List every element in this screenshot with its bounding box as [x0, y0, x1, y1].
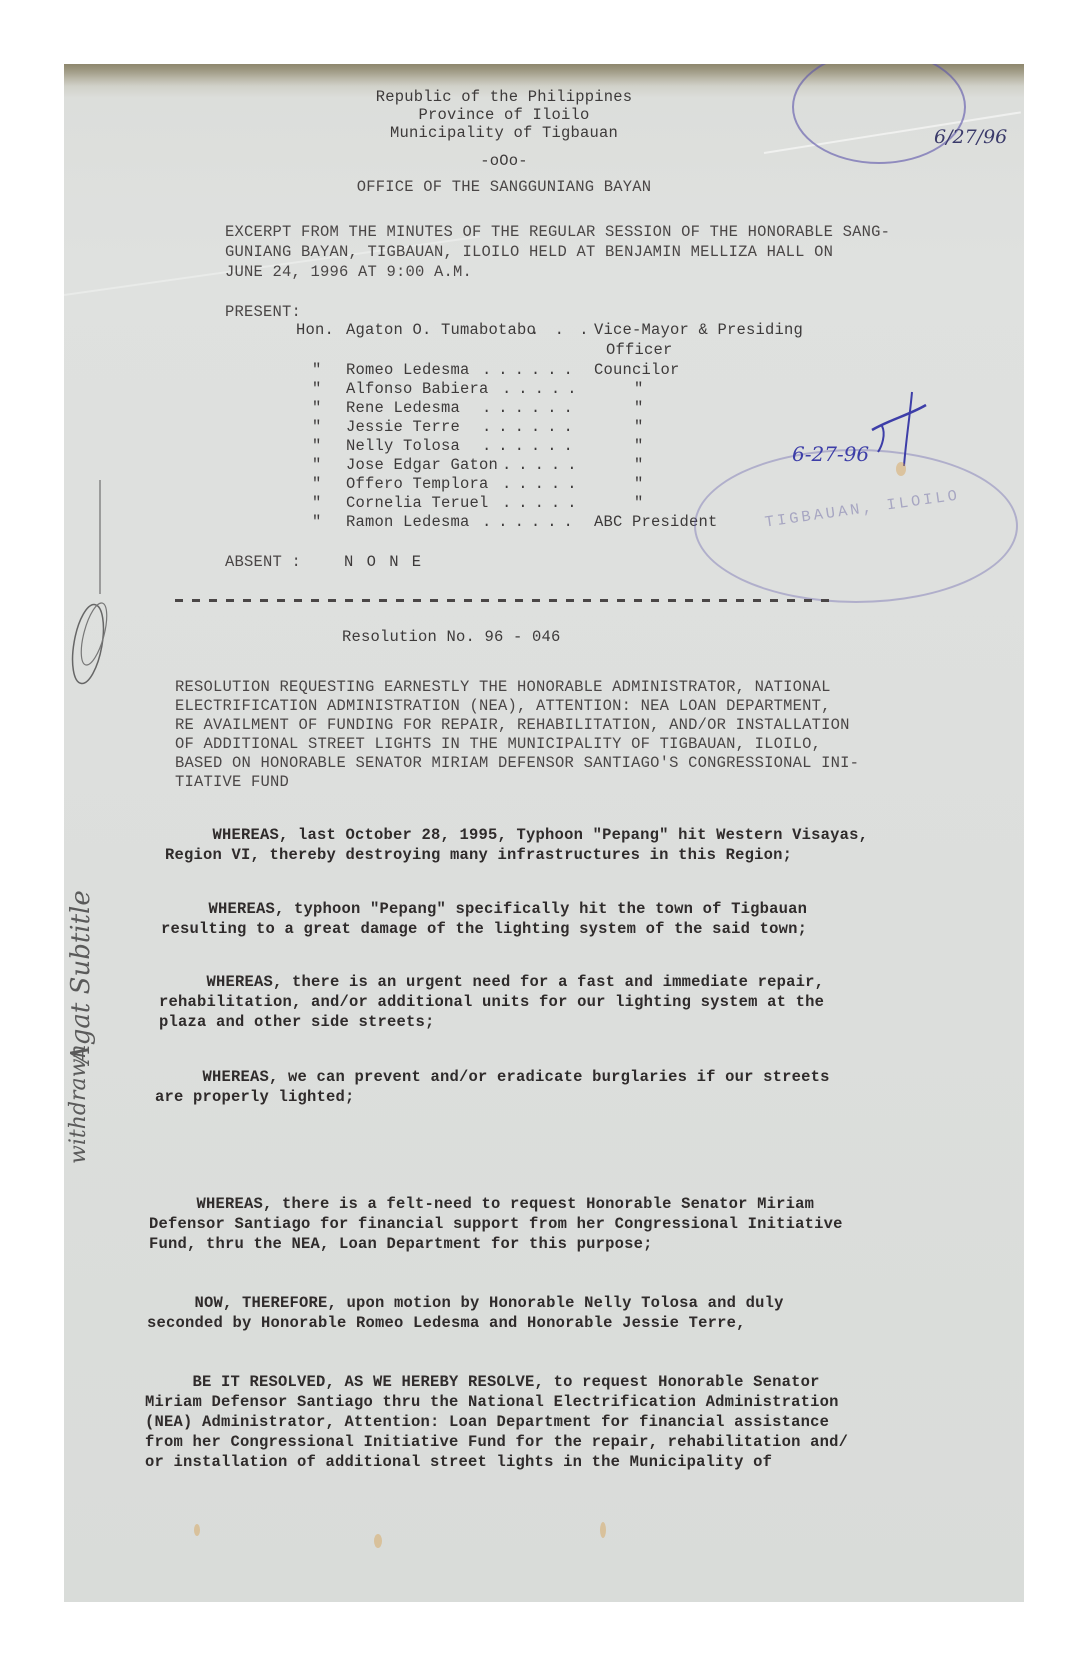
roster-name: Romeo Ledesma [346, 360, 470, 380]
whereas-3-line: rehabilitation, and/or additional units … [159, 992, 824, 1012]
paper-stain [374, 1534, 382, 1548]
roster-prefix: " [312, 493, 322, 513]
roster-dots: ...... [482, 417, 580, 437]
whereas-5-line: Fund, thru the NEA, Loan Department for … [149, 1234, 653, 1254]
roster-role: " [634, 379, 644, 399]
initials-mark [864, 390, 934, 470]
whereas-2-line: WHEREAS, typhoon "Pepang" specifically h… [161, 899, 807, 919]
excerpt-line-2: GUNIANG BAYAN, TIGBAUAN, ILOILO HELD AT … [225, 242, 833, 262]
roster-prefix: " [312, 436, 322, 456]
pencil-margin-note: Agat Subtitle [66, 890, 96, 1064]
roster-prefix: " [312, 379, 322, 399]
roster-prefix: " [312, 398, 322, 418]
roster-prefix: Hon. [296, 320, 334, 340]
whereas-1-line: Region VI, thereby destroying many infra… [165, 845, 792, 865]
whereas-5-line: Defensor Santiago for financial support … [149, 1214, 843, 1234]
roster-role: " [634, 493, 644, 513]
municipal-seal-stamp [694, 449, 1018, 603]
roster-role-cont: Officer [606, 340, 673, 360]
roster-dots: ...... [482, 398, 580, 418]
roster-name: Cornelia Teruel [346, 493, 489, 513]
roster-prefix: " [312, 474, 322, 494]
absent-value: N O N E [344, 552, 423, 572]
roster-name: Agaton O. Tumabotabo [346, 320, 536, 340]
now-therefore-line: seconded by Honorable Romeo Ledesma and … [147, 1313, 746, 1333]
whereas-4-line: WHEREAS, we can prevent and/or eradicate… [155, 1067, 830, 1087]
resolution-title-line: BASED ON HONORABLE SENATOR MIRIAM DEFENS… [175, 753, 859, 773]
resolution-title-line: RESOLUTION REQUESTING EARNESTLY THE HONO… [175, 677, 831, 697]
whereas-1-line: WHEREAS, last October 28, 1995, Typhoon … [165, 825, 868, 845]
roster-role: " [634, 455, 644, 475]
roster-dots: . . . [530, 320, 592, 340]
office-title: OFFICE OF THE SANGGUNIANG BAYAN [64, 177, 944, 197]
roster-dots: ...... [482, 436, 580, 456]
paper-stain [600, 1522, 606, 1538]
roster-name: Offero Templora [346, 474, 489, 494]
roster-dots: ..... [502, 455, 584, 475]
roster-dots: ...... [482, 360, 580, 380]
resolution-title-line: OF ADDITIONAL STREET LIGHTS IN THE MUNIC… [175, 734, 821, 754]
paper-stain [194, 1524, 200, 1536]
excerpt-line-3: JUNE 24, 1996 AT 9:00 A.M. [225, 262, 472, 282]
pencil-signature-mark [64, 474, 114, 694]
resolved-line: or installation of additional street lig… [145, 1452, 772, 1472]
document-page: Republic of the Philippines Province of … [64, 64, 1024, 1602]
section-divider [175, 599, 835, 602]
handwritten-date: 6-27-96 [792, 442, 869, 466]
whereas-4-line: are properly lighted; [155, 1087, 355, 1107]
roster-prefix: " [312, 360, 322, 380]
roster-role: " [634, 398, 644, 418]
roster-dots: ...... [482, 512, 580, 532]
resolution-number: Resolution No. 96 - 046 [342, 627, 561, 647]
resolution-title-line: RE AVAILMENT OF FUNDING FOR REPAIR, REHA… [175, 715, 850, 735]
resolved-line: BE IT RESOLVED, AS WE HEREBY RESOLVE, to… [145, 1372, 820, 1392]
now-therefore-line: NOW, THEREFORE, upon motion by Honorable… [147, 1293, 784, 1313]
roster-prefix: " [312, 512, 322, 532]
resolution-title-line: ELECTRIFICATION ADMINISTRATION (NEA), AT… [175, 696, 831, 716]
whereas-3-line: WHEREAS, there is an urgent need for a f… [159, 972, 824, 992]
roster-role: " [634, 474, 644, 494]
roster-name: Jose Edgar Gaton [346, 455, 498, 475]
resolved-line: from her Congressional Initiative Fund f… [145, 1432, 848, 1452]
roster-role: " [634, 436, 644, 456]
received-stamp [792, 64, 966, 164]
whereas-5-line: WHEREAS, there is a felt-need to request… [149, 1194, 814, 1214]
roster-prefix: " [312, 417, 322, 437]
roster-prefix: " [312, 455, 322, 475]
resolved-line: (NEA) Administrator, Attention: Loan Dep… [145, 1412, 829, 1432]
roster-name: Rene Ledesma [346, 398, 460, 418]
excerpt-line-1: EXCERPT FROM THE MINUTES OF THE REGULAR … [225, 222, 890, 242]
resolved-line: Miriam Defensor Santiago thru the Nation… [145, 1392, 839, 1412]
resolution-title-line: TIATIVE FUND [175, 772, 289, 792]
roster-dots: ..... [502, 493, 584, 513]
roster-name: Nelly Tolosa [346, 436, 460, 456]
roster-dots: ..... [502, 379, 584, 399]
roster-name: Ramon Ledesma [346, 512, 470, 532]
roster-name: Alfonso Babiera [346, 379, 489, 399]
roster-name: Jessie Terre [346, 417, 460, 437]
roster-role: Councilor [594, 360, 680, 380]
whereas-3-line: plaza and other side streets; [159, 1012, 435, 1032]
roster-role: " [634, 417, 644, 437]
paper-stain [896, 462, 906, 476]
roster-role: Vice-Mayor & Presiding [594, 320, 803, 340]
roster-dots: ..... [502, 474, 584, 494]
received-date: 6/27/96 [934, 126, 1007, 148]
header-separator: -oOo- [64, 151, 944, 171]
absent-label: ABSENT : [225, 552, 301, 572]
whereas-2-line: resulting to a great damage of the light… [161, 919, 807, 939]
pencil-margin-signature: withdrawn [66, 1044, 91, 1164]
present-label: PRESENT: [225, 302, 301, 322]
